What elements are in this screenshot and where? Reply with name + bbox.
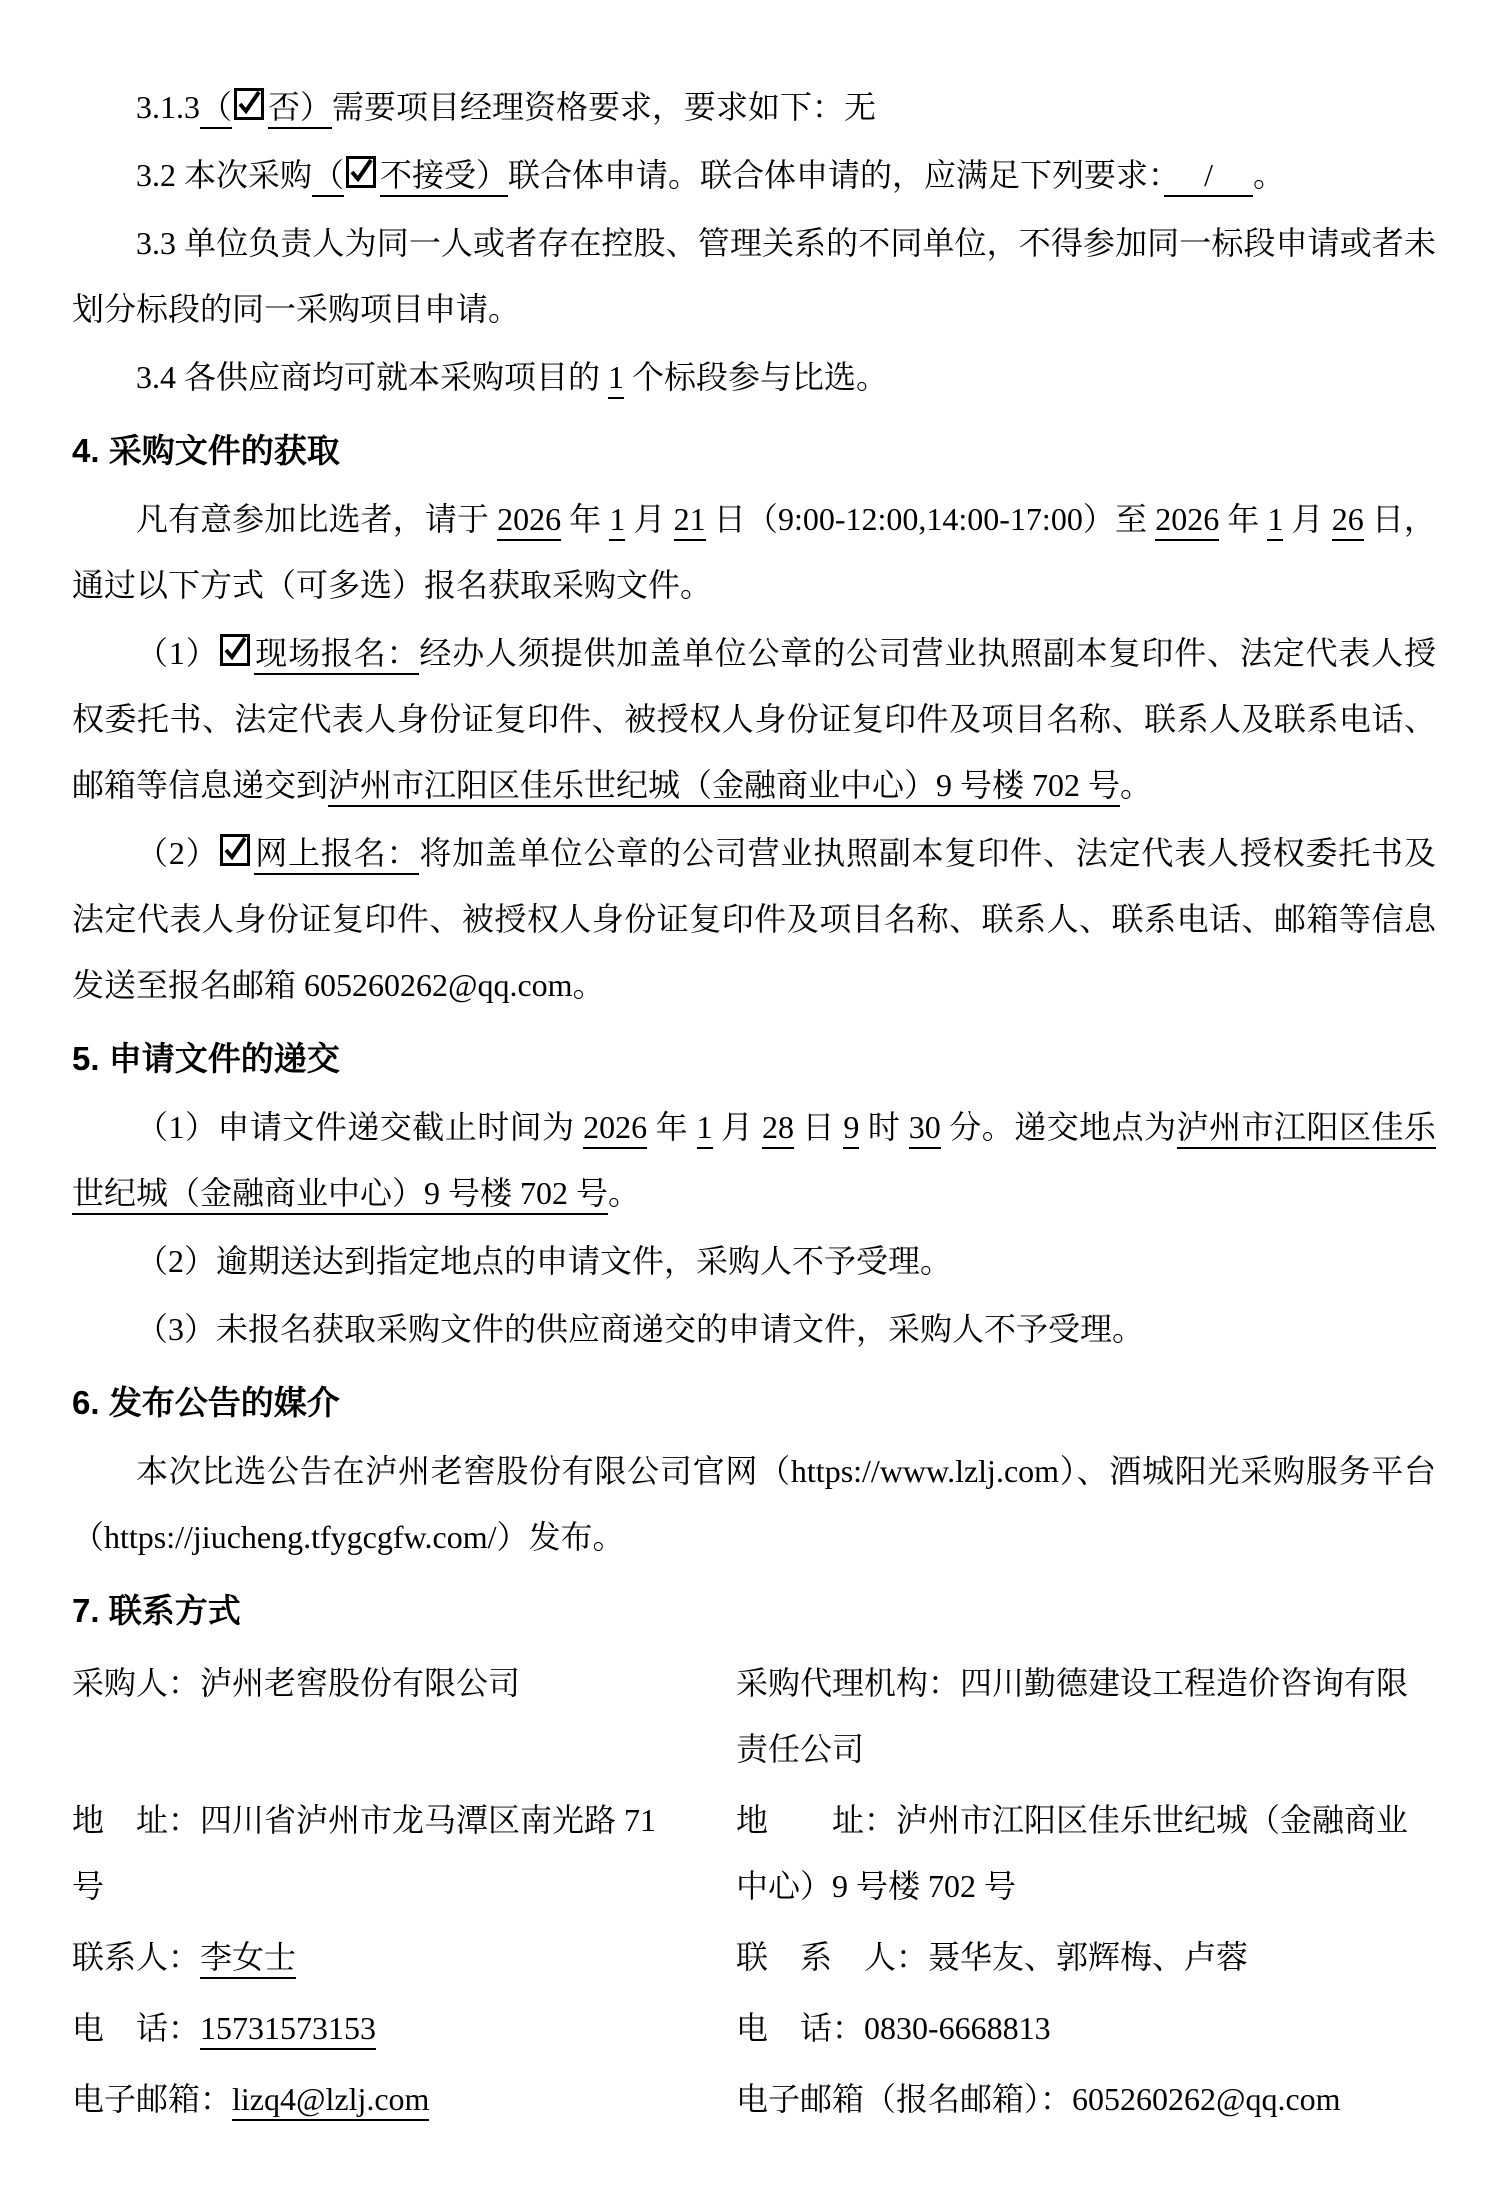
text-run: 联系人： xyxy=(72,1939,200,1975)
para-registration-period: 凡有意参加比选者，请于 2026 年 1 月 21 日（9:00-12:00,1… xyxy=(72,486,1436,618)
underlined-text: lizq4@lzlj.com xyxy=(232,2081,429,2121)
contact-table: 采购人：泸州老窖股份有限公司采购代理机构：四川勤德建设工程造价咨询有限责任公司地… xyxy=(72,1650,1436,2132)
text-run: 需要项目经理资格要求，要求如下：无 xyxy=(332,89,876,125)
contact-purchaser-right: 采购代理机构：四川勤德建设工程造价咨询有限责任公司 xyxy=(736,1650,1436,1782)
text-run: 联合体申请。联合体申请的，应满足下列要求： xyxy=(508,157,1164,193)
text-run: 凡有意参加比选者，请于 xyxy=(136,501,497,537)
underlined-text: 26 xyxy=(1332,501,1364,541)
underlined-text: / xyxy=(1164,157,1253,197)
underlined-text: 21 xyxy=(674,501,706,541)
text-run: （1） xyxy=(136,635,218,671)
document-content: 3.1.3（否）需要项目经理资格要求，要求如下：无3.2 本次采购（不接受）联合… xyxy=(72,74,1436,2132)
text-run: 电 话： xyxy=(72,2010,200,2046)
clause-3-3: 3.3 单位负责人为同一人或者存在控股、管理关系的不同单位，不得参加同一标段申请… xyxy=(72,210,1436,342)
text-run: 采购代理机构：四川勤德建设工程造价咨询有限责任公司 xyxy=(736,1665,1408,1767)
para-online-registration: （2）网上报名：将加盖单位公章的公司营业执照副本复印件、法定代表人授权委托书及法… xyxy=(72,820,1436,1018)
text-run: 月 xyxy=(713,1109,762,1145)
text-run: 3.4 各供应商均可就本采购项目的 xyxy=(136,359,608,395)
text-run: 电 话：0830-6668813 xyxy=(736,2010,1051,2046)
text-run: 联 系 人：聂华友、郭辉梅、卢蓉 xyxy=(736,1939,1248,1975)
underlined-text: 9 xyxy=(843,1109,859,1149)
text-run: （3）未报名获取采购文件的供应商递交的申请文件，采购人不予受理。 xyxy=(136,1311,1144,1347)
underlined-text: 1 xyxy=(1267,501,1283,541)
para-unregistered-submission: （3）未报名获取采购文件的供应商递交的申请文件，采购人不予受理。 xyxy=(72,1296,1436,1362)
contact-address-right: 地 址：泸州市江阳区佳乐世纪城（金融商业中心）9 号楼 702 号 xyxy=(736,1787,1436,1919)
section-7-heading: 7. 联系方式 xyxy=(72,1578,1436,1644)
document-page: 3.1.3（否）需要项目经理资格要求，要求如下：无3.2 本次采购（不接受）联合… xyxy=(0,0,1500,2194)
contact-email-left: 电子邮箱：lizq4@lzlj.com xyxy=(72,2066,692,2132)
text-run: 。 xyxy=(1120,767,1152,803)
section-6-heading: 6. 发布公告的媒介 xyxy=(72,1370,1436,1436)
para-onsite-registration: （1）现场报名：经办人须提供加盖单位公章的公司营业执照副本复印件、法定代表人授权… xyxy=(72,620,1436,818)
text-run: （1）申请文件递交截止时间为 xyxy=(136,1109,583,1145)
text-run: 年 xyxy=(561,501,609,537)
underlined-text: 1 xyxy=(608,359,624,399)
text-run: 电子邮箱： xyxy=(72,2081,232,2117)
section-5-heading: 5. 申请文件的递交 xyxy=(72,1026,1436,1092)
text-run: 月 xyxy=(625,501,673,537)
text-run: （2） xyxy=(136,835,218,871)
para-late-submission: （2）逾期送达到指定地点的申请文件，采购人不予受理。 xyxy=(72,1228,1436,1294)
text-run: 年 xyxy=(647,1109,696,1145)
underlined-text: （ xyxy=(200,89,232,129)
text-run: 月 xyxy=(1283,501,1331,537)
underlined-text: 泸州市江阳区佳乐世纪城（金融商业中心）9 号楼 702 号 xyxy=(328,767,1120,807)
checkbox-checked-icon xyxy=(234,88,264,120)
checkbox-checked-icon xyxy=(346,156,376,188)
contact-contact-person-left: 联系人：李女士 xyxy=(72,1924,692,1990)
clause-3-4: 3.4 各供应商均可就本采购项目的 1 个标段参与比选。 xyxy=(72,344,1436,410)
underlined-text: 不接受） xyxy=(380,157,508,197)
contact-address-left: 地 址：四川省泸州市龙马潭区南光路 71 号 xyxy=(72,1787,692,1919)
underlined-text: 网上报名： xyxy=(254,835,419,875)
underlined-text: 2026 xyxy=(583,1109,647,1149)
para-announcement-media: 本次比选公告在泸州老窖股份有限公司官网（https://www.lzlj.com… xyxy=(72,1438,1436,1570)
text-run: 地 址：泸州市江阳区佳乐世纪城（金融商业中心）9 号楼 702 号 xyxy=(736,1802,1408,1904)
text-run: 3.3 单位负责人为同一人或者存在控股、管理关系的不同单位，不得参加同一标段申请… xyxy=(72,225,1436,327)
underlined-text: 28 xyxy=(762,1109,794,1149)
underlined-text: 现场报名： xyxy=(254,635,419,675)
text-run: （2）逾期送达到指定地点的申请文件，采购人不予受理。 xyxy=(136,1243,952,1279)
text-run: 本次比选公告在泸州老窖股份有限公司官网（https://www.lzlj.com… xyxy=(72,1453,1436,1555)
underlined-text: 否） xyxy=(268,89,332,129)
text-run: 3.2 本次采购 xyxy=(136,157,312,193)
text-run: 电子邮箱（报名邮箱）：605260262@qq.com xyxy=(736,2081,1341,2117)
text-run: 时 xyxy=(859,1109,908,1145)
contact-purchaser-left: 采购人：泸州老窖股份有限公司 xyxy=(72,1650,692,1782)
checkbox-checked-icon xyxy=(220,634,250,666)
contact-phone-left: 电 话：15731573153 xyxy=(72,1995,692,2061)
para-submission-deadline: （1）申请文件递交截止时间为 2026 年 1 月 28 日 9 时 30 分。… xyxy=(72,1094,1436,1226)
clause-3-2: 3.2 本次采购（不接受）联合体申请。联合体申请的，应满足下列要求： / 。 xyxy=(72,142,1436,208)
contact-contact-person-right: 联 系 人：聂华友、郭辉梅、卢蓉 xyxy=(736,1924,1436,1990)
text-run: 。 xyxy=(608,1175,640,1211)
contact-phone-right: 电 话：0830-6668813 xyxy=(736,1995,1436,2061)
underlined-text: 30 xyxy=(909,1109,941,1149)
text-run: 采购人：泸州老窖股份有限公司 xyxy=(72,1665,520,1701)
text-run: 个标段参与比选。 xyxy=(624,359,888,395)
text-run: 地 址：四川省泸州市龙马潭区南光路 71 号 xyxy=(72,1802,656,1904)
underlined-text: 李女士 xyxy=(200,1939,296,1979)
underlined-text: 15731573153 xyxy=(200,2010,376,2050)
underlined-text: 1 xyxy=(697,1109,713,1149)
text-run: 分。递交地点为 xyxy=(941,1109,1177,1145)
contact-email-right: 电子邮箱（报名邮箱）：605260262@qq.com xyxy=(736,2066,1436,2132)
underlined-text: （ xyxy=(312,157,344,197)
clause-3-1-3: 3.1.3（否）需要项目经理资格要求，要求如下：无 xyxy=(72,74,1436,140)
underlined-text: 1 xyxy=(609,501,625,541)
checkbox-checked-icon xyxy=(220,834,250,866)
text-run: 。 xyxy=(1253,157,1285,193)
underlined-text: 2026 xyxy=(497,501,561,541)
text-run: 日 xyxy=(794,1109,843,1145)
text-run: 年 xyxy=(1219,501,1267,537)
underlined-text: 2026 xyxy=(1155,501,1219,541)
section-4-heading: 4. 采购文件的获取 xyxy=(72,418,1436,484)
text-run: 日（9:00-12:00,14:00-17:00）至 xyxy=(706,501,1156,537)
text-run: 3.1.3 xyxy=(136,89,200,125)
